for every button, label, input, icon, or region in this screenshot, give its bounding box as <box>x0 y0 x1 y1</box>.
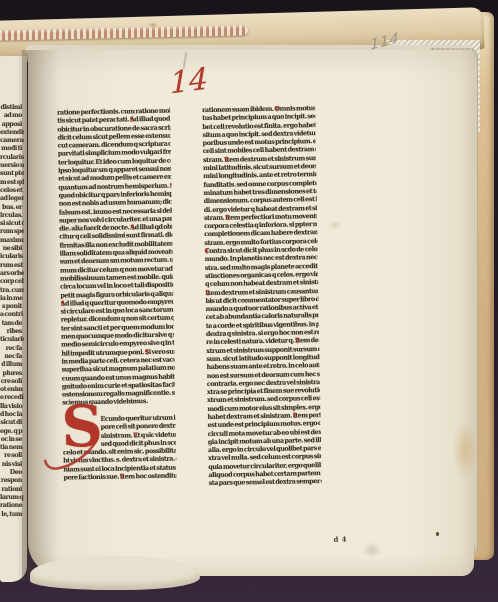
text-block: ratione perfectionis. cum ratione mobili… <box>54 103 362 548</box>
text-line: uersio ul <box>0 162 24 170</box>
text-line: a contri <box>0 311 24 319</box>
text-line: distimi <box>0 104 24 112</box>
text-line: nec fa <box>0 353 24 361</box>
facing-page-text: distimiad moapposiextendiscameras,modi t… <box>0 104 24 534</box>
text-line: m est qd <box>0 179 24 187</box>
text-line: larum q <box>0 494 24 502</box>
text-line: celos et <box>0 187 24 195</box>
text-line: rum spe <box>0 228 24 236</box>
text-line: ad mo <box>0 112 24 120</box>
text-line: ad legem <box>0 195 24 203</box>
text-line: irculas. <box>0 212 24 220</box>
drop-cap-tail-flourish <box>38 438 103 481</box>
book-photo: distimiad moapposiextendiscameras,modi t… <box>0 0 498 602</box>
text-line: Deo <box>0 469 24 477</box>
text-line: lla visio <box>0 403 24 411</box>
text-column-left: ratione perfectionis. cum ratione mobili… <box>57 107 178 549</box>
text-line: cre soli <box>0 378 24 386</box>
text-line: apposi <box>0 121 24 129</box>
text-line: ticularis <box>0 336 24 344</box>
text-line: cameras, <box>0 137 24 145</box>
text-line: e recedi <box>0 394 24 402</box>
page-bottom-curve <box>30 556 200 590</box>
text-line: tia nem <box>0 444 24 452</box>
text-line: re soli <box>0 452 24 460</box>
text-line: si sicut di <box>0 220 24 228</box>
text-line: s ponit <box>0 303 24 311</box>
text-line: sunt pte <box>0 170 24 178</box>
text-line: rcularis. <box>0 154 24 162</box>
text-line: rec fa <box>0 345 24 353</box>
text-line: corp celi <box>0 278 24 286</box>
ink-fleck <box>436 532 439 536</box>
text-line: ege. q p <box>0 428 24 436</box>
text-line: icularis <box>0 253 24 261</box>
text-line: modi ti <box>0 145 24 153</box>
text-line: respon <box>0 477 24 485</box>
cover-stain <box>452 420 478 480</box>
text-line: le, tum <box>0 511 24 519</box>
text-line: d hoc la <box>0 411 24 419</box>
text-line: d illum <box>0 361 24 369</box>
text-line: maximus <box>0 237 24 245</box>
text-line: rationi <box>0 486 24 494</box>
text-line: ribes <box>0 328 24 336</box>
text-line: sta pars que semel est dextra semper est… <box>209 477 322 487</box>
foxing-spot <box>148 22 158 28</box>
text-column-right: rationem suam ibidem. ¶ Omnis motus fini… <box>202 104 323 546</box>
signature-mark: d 4 <box>334 536 347 544</box>
text-line: bus. er <box>0 204 24 212</box>
pencil-smudge <box>362 542 382 558</box>
text-line: plures <box>0 370 24 378</box>
text-line: tra. cum <box>0 287 24 295</box>
text-line: ot enim <box>0 386 24 394</box>
text-line: nis visi <box>0 461 24 469</box>
text-line: ratione <box>0 502 24 510</box>
facing-page-edge: distimiad moapposiextendiscameras,modi t… <box>0 56 27 582</box>
text-line: ars orbe <box>0 270 24 278</box>
text-line: sicut di <box>0 419 24 427</box>
text-line: oc in se <box>0 436 24 444</box>
recto-page: 114 14 ratione perfectionis. cum ratione… <box>28 50 474 576</box>
text-line: extendis <box>0 129 24 137</box>
quire-number-red: 14 <box>170 62 209 102</box>
text-line: ia in me <box>0 295 24 303</box>
text-line: rum est li <box>0 262 24 270</box>
text-line: ne sibi <box>0 245 24 253</box>
text-line: tam de <box>0 320 24 328</box>
